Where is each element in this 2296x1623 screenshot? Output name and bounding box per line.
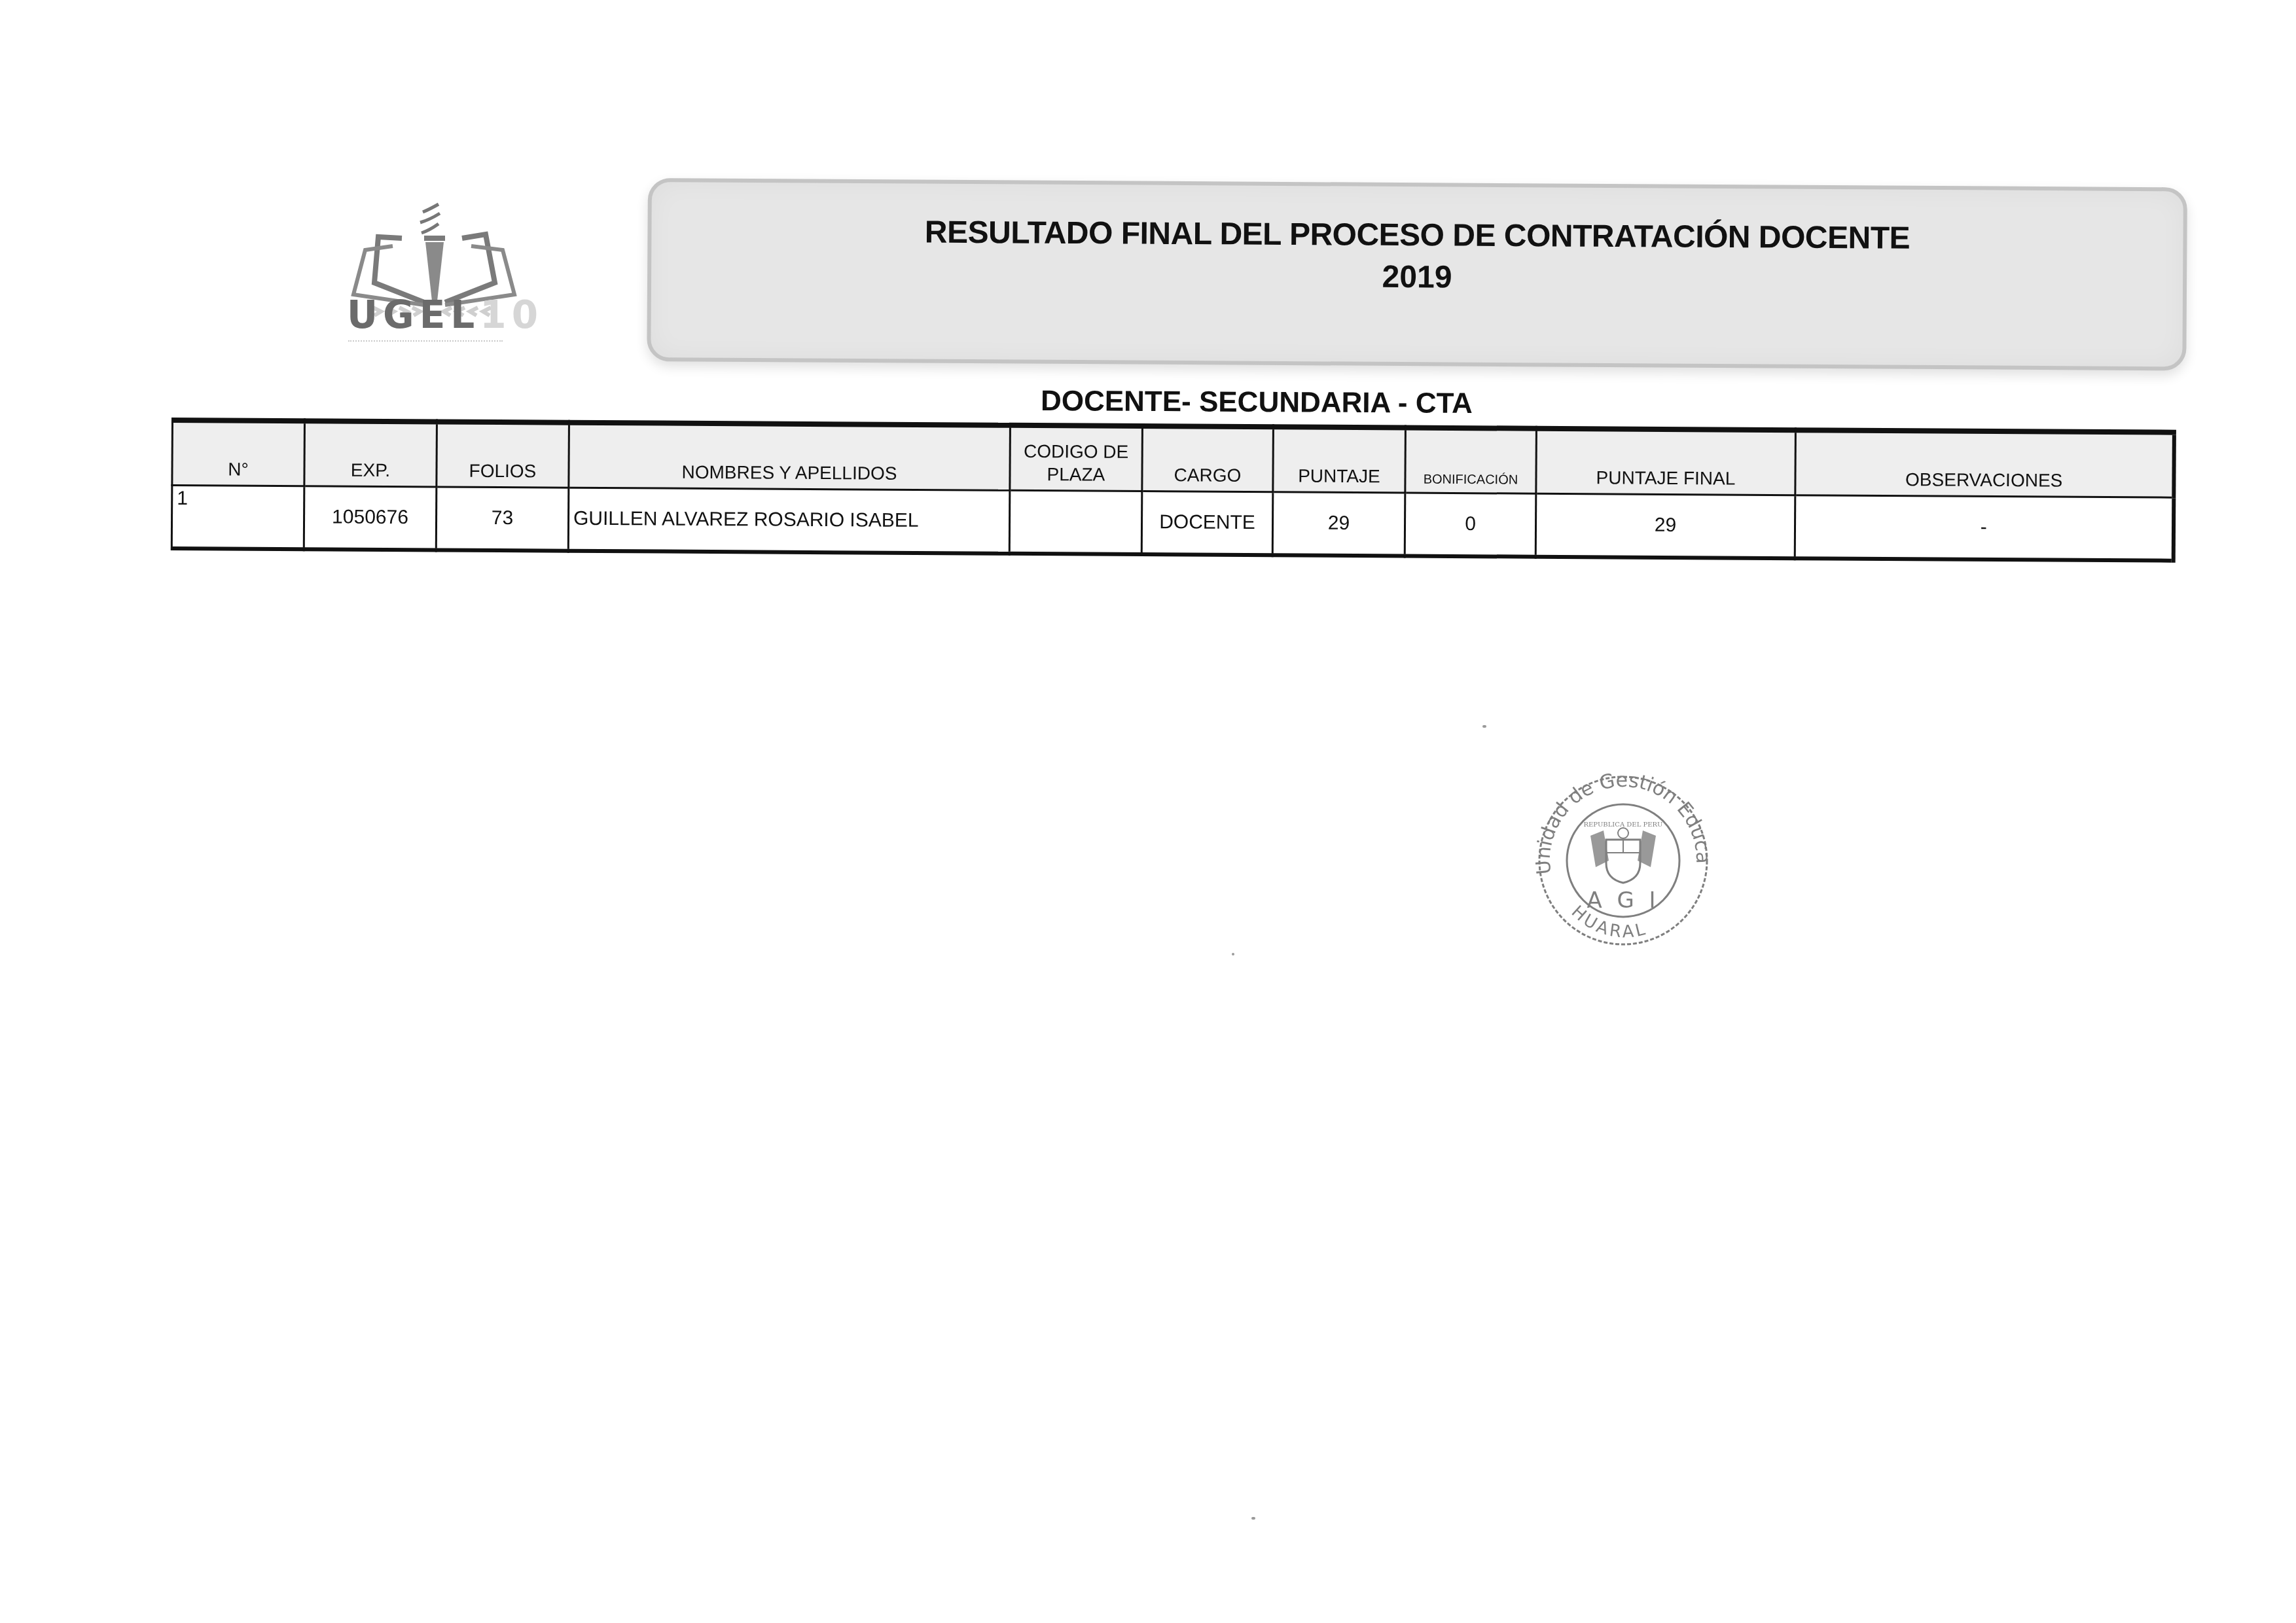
document-title: RESULTADO FINAL DEL PROCESO DE CONTRATAC… bbox=[651, 212, 2183, 259]
logo-subtitle-line bbox=[348, 340, 503, 344]
header-observaciones: OBSERVACIONES bbox=[1795, 430, 2174, 497]
header-puntaje-final: PUNTAJE FINAL bbox=[1536, 429, 1796, 495]
seal-inner-bottom-text: A G I bbox=[1587, 887, 1659, 914]
header-exp: EXP. bbox=[304, 421, 437, 487]
title-banner: RESULTADO FINAL DEL PROCESO DE CONTRATAC… bbox=[647, 178, 2187, 370]
header-bonificacion: BONIFICACIÓN bbox=[1405, 428, 1537, 494]
cell-puntaje-final: 29 bbox=[1535, 493, 1795, 558]
header-puntaje: PUNTAJE bbox=[1273, 427, 1406, 493]
peru-coat-of-arms-icon: Unidad de Gestión Educativa Local HUARAL… bbox=[1525, 762, 1721, 952]
header-n: N° bbox=[172, 420, 305, 486]
table-header-row: N° EXP. FOLIOS NOMBRES Y APELLIDOS CODIG… bbox=[172, 420, 2174, 497]
results-table: N° EXP. FOLIOS NOMBRES Y APELLIDOS CODIG… bbox=[171, 418, 2176, 563]
ugel-logo: UGEL10 bbox=[347, 171, 517, 355]
scan-speck bbox=[1251, 1517, 1255, 1520]
header-nombres: NOMBRES Y APELLIDOS bbox=[569, 423, 1011, 491]
scan-speck bbox=[1232, 953, 1234, 955]
ugel-number: 10 bbox=[480, 293, 543, 337]
results-table-container: N° EXP. FOLIOS NOMBRES Y APELLIDOS CODIG… bbox=[171, 418, 2173, 563]
cell-nombres: GUILLEN ALVAREZ ROSARIO ISABEL bbox=[568, 488, 1010, 554]
header-cargo: CARGO bbox=[1142, 426, 1274, 492]
cell-n: 1 bbox=[171, 486, 304, 550]
seal-outer-text: Unidad de Gestión Educativa Local bbox=[1525, 762, 1714, 876]
table-row: 1 1050676 73 GUILLEN ALVAREZ ROSARIO ISA… bbox=[171, 486, 2174, 561]
cell-puntaje: 29 bbox=[1272, 492, 1405, 556]
scan-speck bbox=[1482, 725, 1486, 728]
ugel-wordmark: UGEL10 bbox=[347, 296, 517, 334]
cell-exp: 1050676 bbox=[304, 486, 437, 550]
header-codigo-plaza: CODIGO DE PLAZA bbox=[1010, 425, 1143, 491]
cell-bonificacion: 0 bbox=[1405, 493, 1536, 557]
document-year: 2019 bbox=[651, 254, 2183, 301]
header-codigo-line1: CODIGO DE bbox=[1011, 440, 1141, 463]
header-folios: FOLIOS bbox=[437, 421, 569, 488]
header-codigo-line2: PLAZA bbox=[1011, 463, 1141, 486]
cell-cargo: DOCENTE bbox=[1141, 491, 1273, 556]
cell-codigo-plaza bbox=[1009, 490, 1142, 554]
cell-folios: 73 bbox=[436, 487, 569, 551]
svg-text:Unidad de Gestión Educativa Lo: Unidad de Gestión Educativa Local bbox=[1525, 762, 1714, 876]
official-seal: Unidad de Gestión Educativa Local HUARAL… bbox=[1525, 762, 1721, 952]
cell-observaciones: - bbox=[1795, 495, 2174, 561]
ugel-letters: UGEL bbox=[347, 293, 480, 337]
section-heading: DOCENTE- SECUNDARIA - CTA bbox=[1041, 385, 1473, 420]
